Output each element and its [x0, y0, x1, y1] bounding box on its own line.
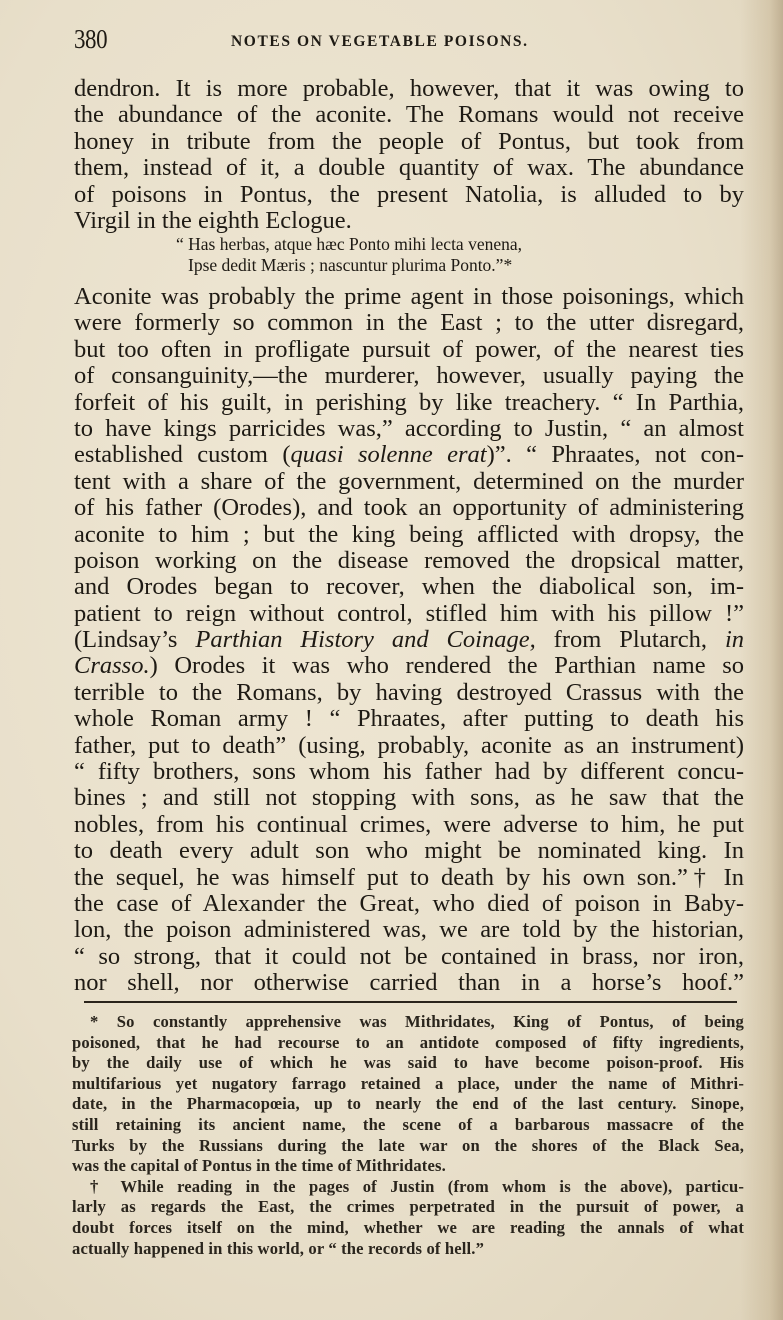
footnote-line: doubt forces itself on the mind, whether… [72, 1218, 744, 1239]
text-line: lon, the poison administered was, we are… [74, 917, 744, 943]
text-line: were formerly so common in the East ; to… [74, 310, 744, 336]
book-page: 380 NOTES ON VEGETABLE POISONS. dendron.… [0, 0, 783, 1320]
text-line: to death every adult son who might be no… [74, 838, 744, 864]
footnote-star: * So constantly apprehensive was Mithrid… [72, 1012, 744, 1177]
text-span: (Lindsay’s [74, 626, 195, 653]
text-span: )”. “ Phraates, not con- [487, 441, 744, 468]
text-line: honey in tribute from the people of Pont… [74, 129, 744, 155]
paragraph-1: dendron. It is more probable, however, t… [74, 76, 744, 234]
text-span: established custom ( [74, 441, 291, 468]
text-line: established custom (quasi solenne erat)”… [74, 442, 744, 468]
footnote-line: larly as regards the East, the crimes pe… [72, 1197, 744, 1218]
text-line: to have kings parricides was,” according… [74, 416, 744, 442]
footnote-line: † While reading in the pages of Justin (… [72, 1177, 744, 1198]
text-line: whole Roman army ! “ Phraates, after put… [74, 706, 744, 732]
footnotes: * So constantly apprehensive was Mithrid… [72, 1012, 744, 1259]
text-line: nor shell, nor otherwise carried than in… [74, 970, 744, 996]
verse-quote: “ Has herbas, atque hæc Ponto mihi lecta… [176, 234, 522, 276]
text-line: the case of Alexander the Great, who die… [74, 891, 744, 917]
verse-line: Ipse dedit Mæris ; nascuntur plurima Pon… [176, 255, 522, 276]
text-line: bines ; and still not stopping with sons… [74, 785, 744, 811]
text-line: Aconite was probably the prime agent in … [74, 284, 744, 310]
text-line: but too often in profligate pursuit of p… [74, 337, 744, 363]
book-title: Parthian History and Coinage, [195, 626, 535, 653]
text-span: from Plutarch, [536, 626, 725, 653]
page-number: 380 [74, 24, 107, 55]
text-line: of poisons in Pontus, the present Natoli… [74, 182, 744, 208]
latin-phrase: in [725, 626, 744, 653]
text-line: (Lindsay’s Parthian History and Coinage,… [74, 627, 744, 653]
footnote-divider [84, 1001, 737, 1003]
running-head: NOTES ON VEGETABLE POISONS. [231, 33, 529, 51]
footnote-line: was the capital of Pontus in the time of… [72, 1156, 744, 1177]
text-span: ) Orodes it was who rendered the Parthia… [150, 652, 744, 679]
paragraph-2: Aconite was probably the prime agent in … [74, 284, 744, 997]
footnote-line: poisoned, that he had recourse to an ant… [72, 1033, 744, 1054]
text-line: forfeit of his guilt, in perishing by li… [74, 390, 744, 416]
text-line: and Orodes began to recover, when the di… [74, 574, 744, 600]
text-line: poison working on the disease removed th… [74, 548, 744, 574]
text-line: father, put to death” (using, probably, … [74, 733, 744, 759]
footnote-line: still retaining its ancient name, the sc… [72, 1115, 744, 1136]
verse-line: “ Has herbas, atque hæc Ponto mihi lecta… [176, 234, 522, 255]
text-line: nobles, from his continual crimes, were … [74, 812, 744, 838]
page-header: 380 NOTES ON VEGETABLE POISONS. [74, 24, 744, 58]
text-line: patient to reign without control, stifle… [74, 601, 744, 627]
text-line: them, instead of it, a double quantity o… [74, 155, 744, 181]
text-line: terrible to the Romans, by having destro… [74, 680, 744, 706]
footnote-line: actually happened in this world, or “ th… [72, 1239, 744, 1260]
footnote-line: date, in the Pharmacopœia, up to nearly … [72, 1094, 744, 1115]
text-line: the abundance of the aconite. The Romans… [74, 102, 744, 128]
text-line: “ so strong, that it could not be contai… [74, 944, 744, 970]
footnote-line: Turks by the Russians during the late wa… [72, 1136, 744, 1157]
footnote-line: by the daily use of which he was said to… [72, 1053, 744, 1074]
text-line: Virgil in the eighth Eclogue. [74, 208, 744, 234]
text-line: tent with a share of the government, det… [74, 469, 744, 495]
footnote-line: * So constantly apprehensive was Mithrid… [72, 1012, 744, 1033]
text-line: dendron. It is more probable, however, t… [74, 76, 744, 102]
latin-phrase: Crasso. [74, 652, 150, 679]
text-line: the sequel, he was himself put to death … [74, 865, 744, 891]
footnote-dagger: † While reading in the pages of Justin (… [72, 1177, 744, 1259]
text-line: Crasso.) Orodes it was who rendered the … [74, 653, 744, 679]
text-line: of his father (Orodes), and took an oppo… [74, 495, 744, 521]
text-line: aconite to him ; but the king being affl… [74, 522, 744, 548]
footnote-line: multifarious yet nugatory farrago retain… [72, 1074, 744, 1095]
text-line: of consanguinity,—the murderer, however,… [74, 363, 744, 389]
latin-phrase: quasi solenne erat [291, 441, 487, 468]
text-line: “ fifty brothers, sons whom his father h… [74, 759, 744, 785]
